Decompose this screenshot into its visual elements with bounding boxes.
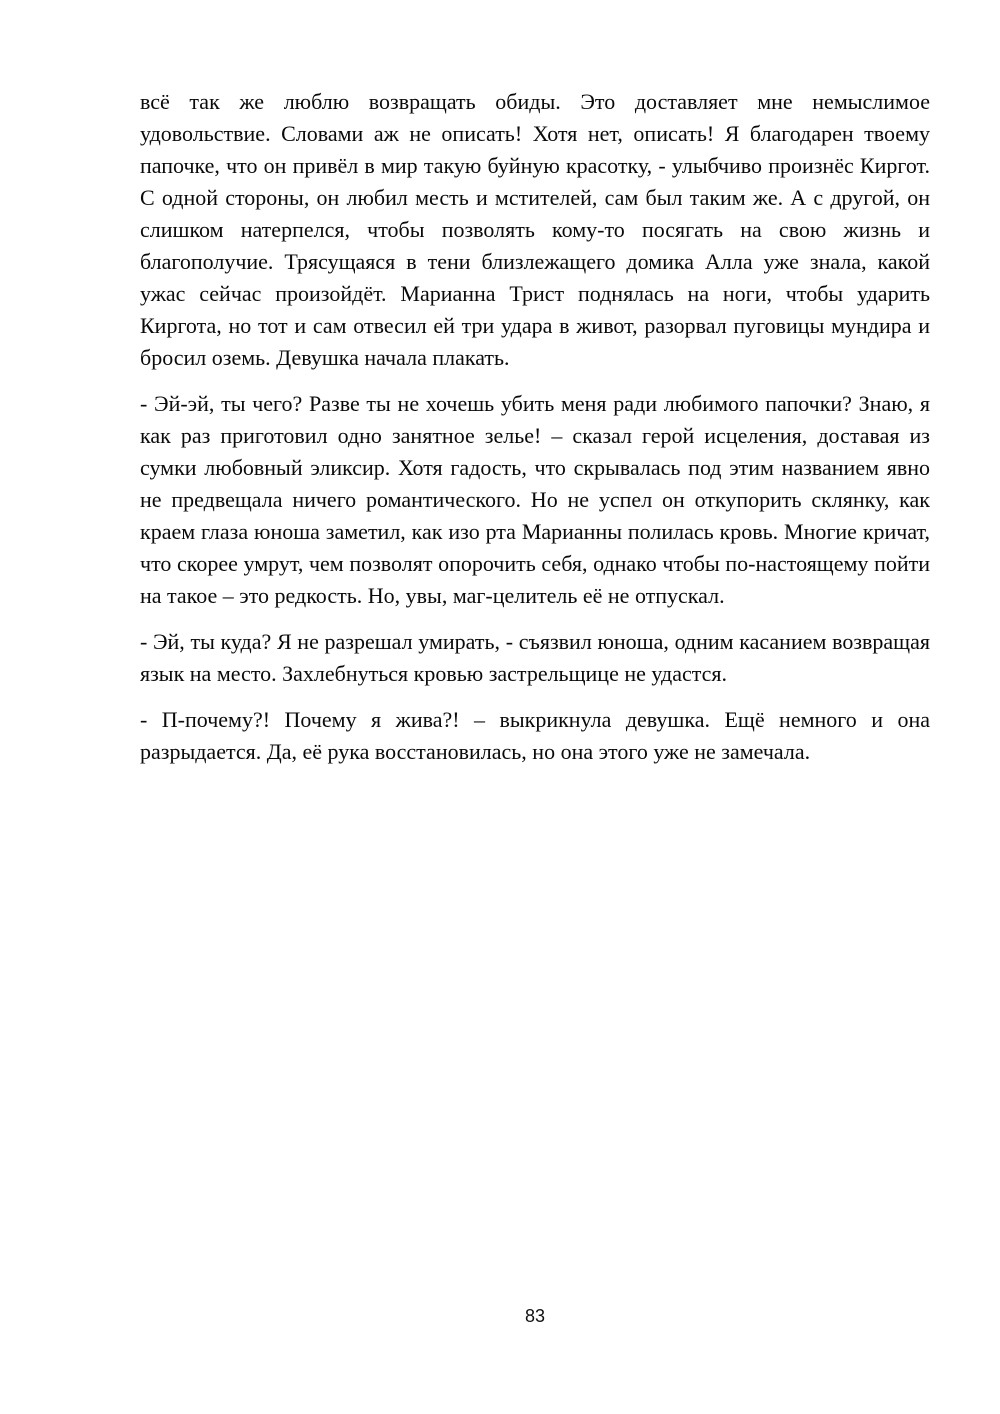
paragraph-1: всё так же люблю возвращать обиды. Это д… (140, 86, 930, 374)
document-page: всё так же люблю возвращать обиды. Это д… (0, 0, 1000, 1414)
page-number: 83 (140, 1306, 930, 1327)
paragraph-4: - П-почему?! Почему я жива?! – выкрикнул… (140, 704, 930, 768)
text-block: всё так же люблю возвращать обиды. Это д… (140, 86, 930, 768)
paragraph-3: - Эй, ты куда? Я не разрешал умирать, - … (140, 626, 930, 690)
paragraph-2: - Эй-эй, ты чего? Разве ты не хочешь уби… (140, 388, 930, 612)
